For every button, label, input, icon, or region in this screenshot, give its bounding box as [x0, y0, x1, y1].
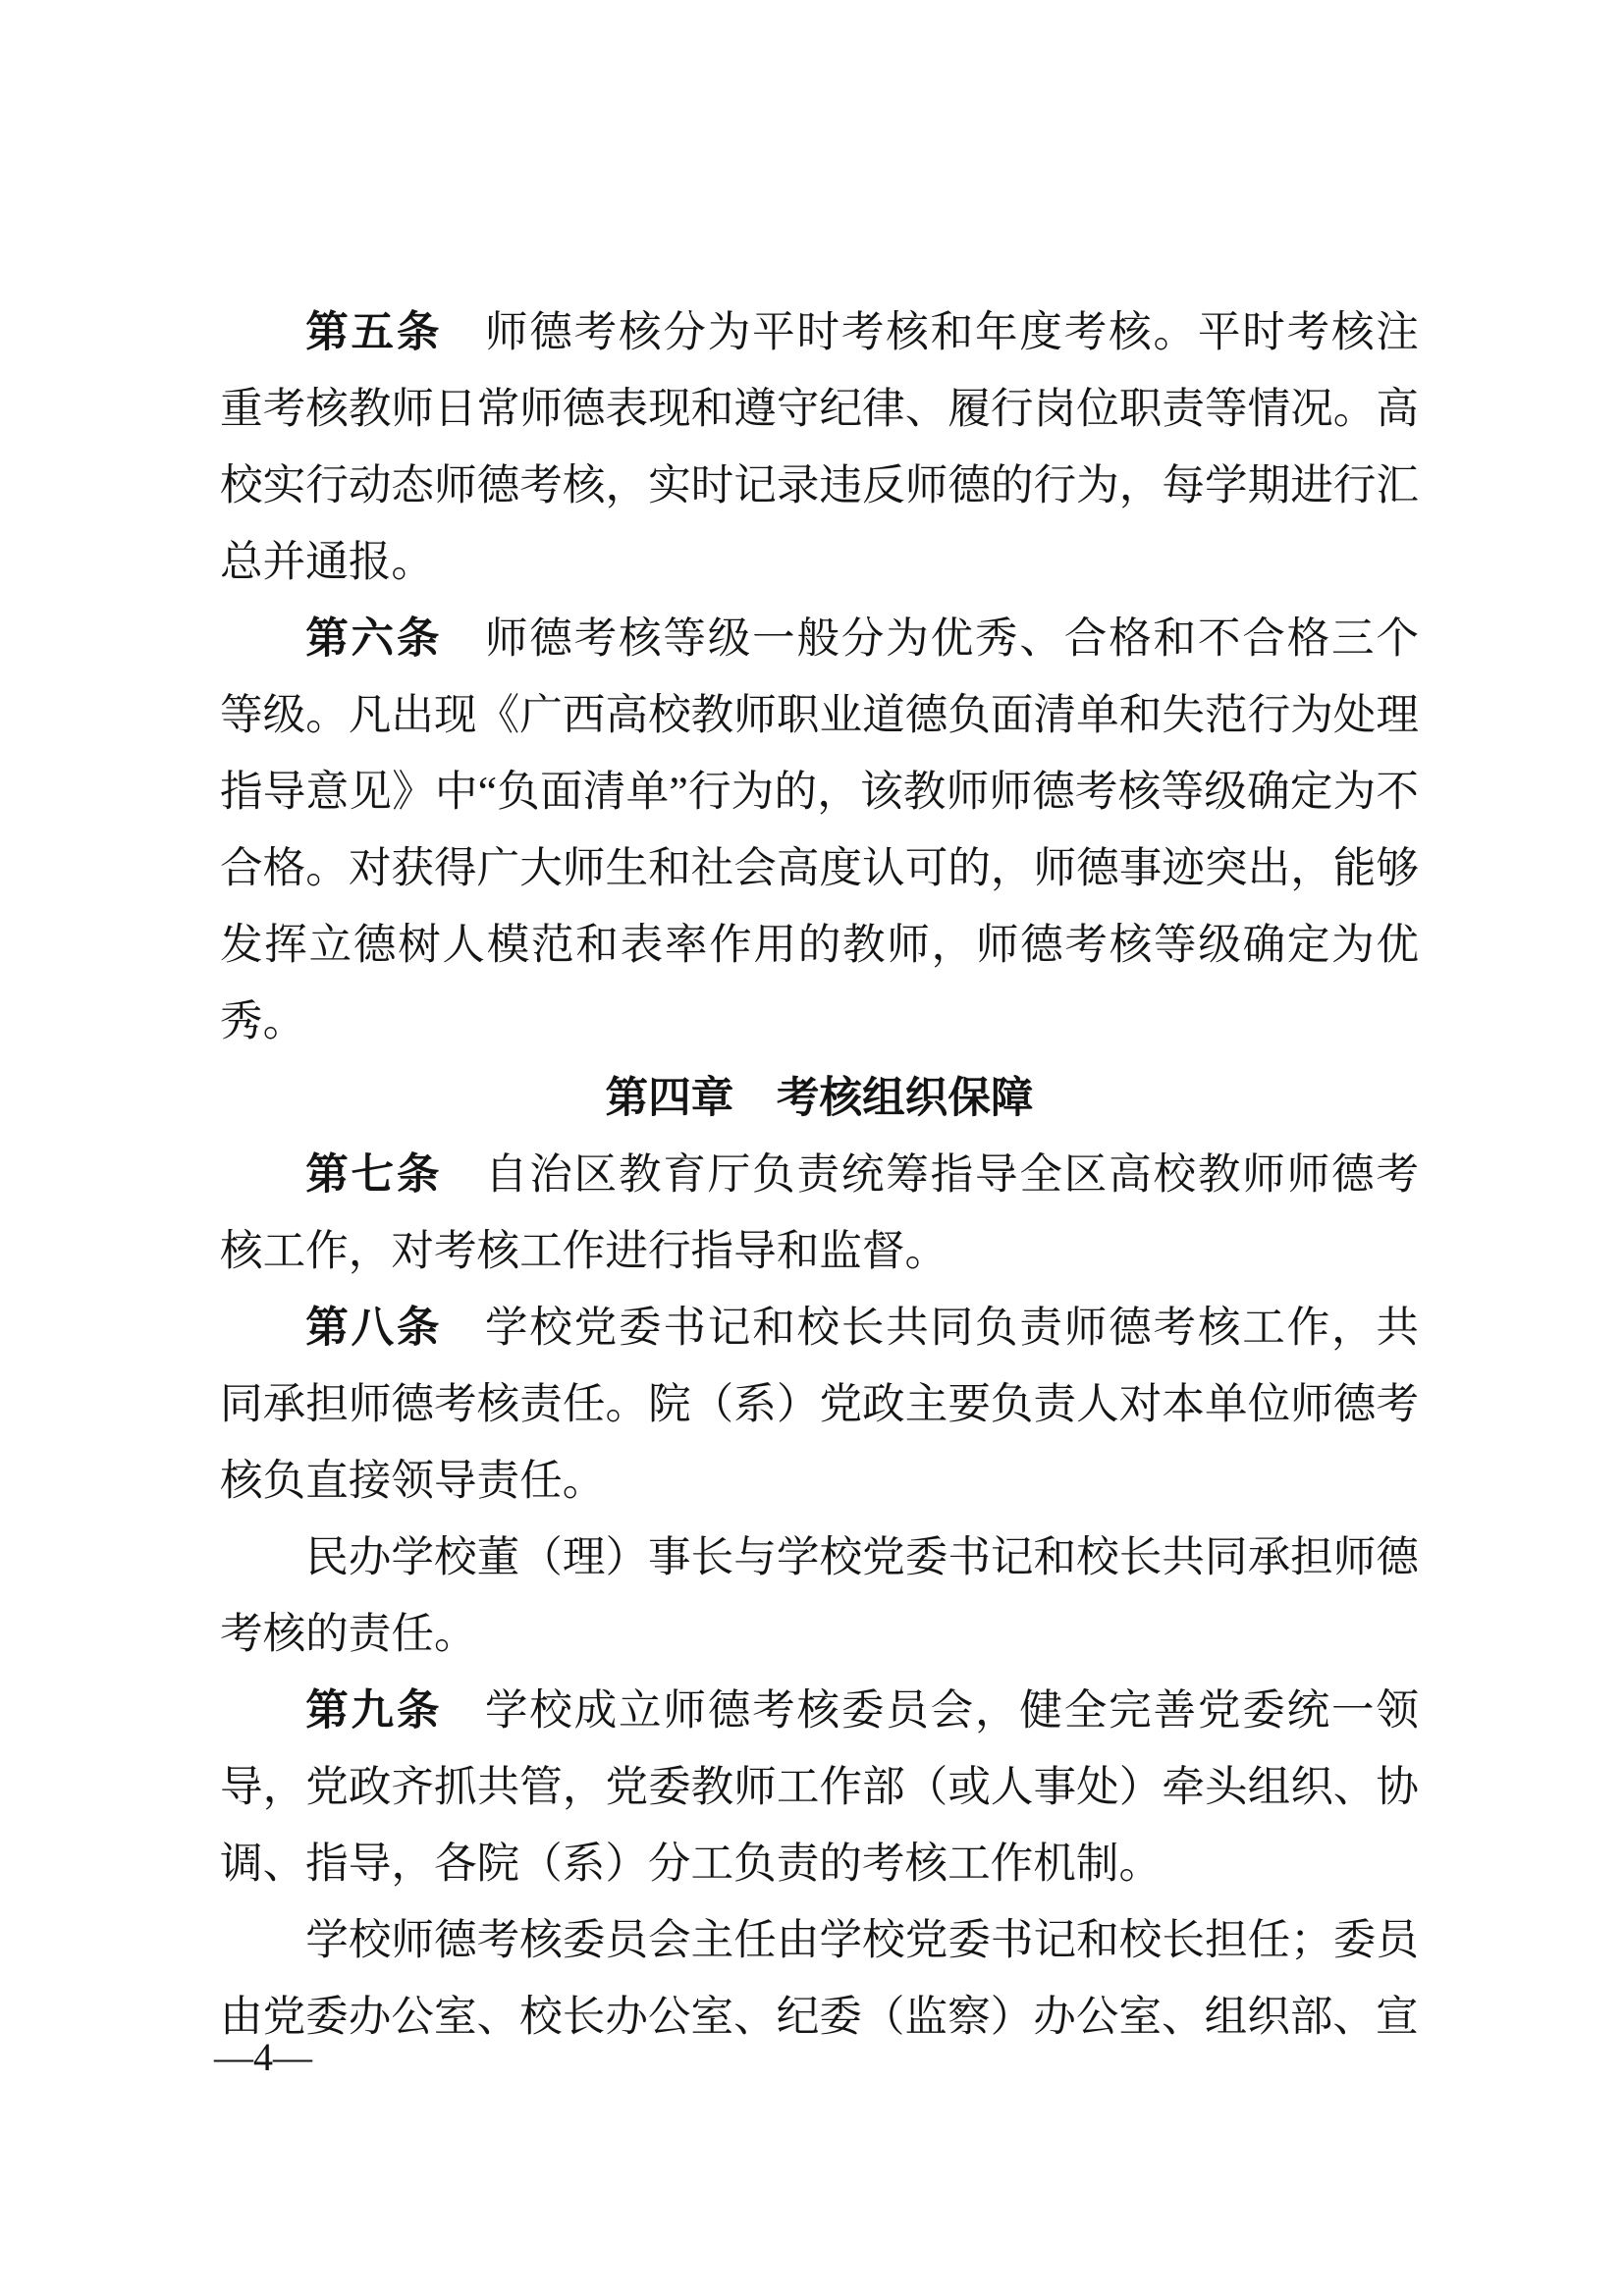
article-8-number: 第八条 — [305, 1305, 442, 1352]
chapter-4-heading: 第四章 考核组织保障 — [220, 1060, 1419, 1137]
article-6-number: 第六条 — [305, 615, 442, 663]
article-6-paragraph: 第六条师德考核等级一般分为优秀、合格和不合格三个等级。凡出现《广西高校教师职业道… — [220, 601, 1419, 1060]
article-9-paragraph: 第九条学校成立师德考核委员会，健全完善党委统一领导，党政齐抓共管，党委教师工作部… — [220, 1673, 1419, 1902]
document-body: 第五条师德考核分为平时考核和年度考核。平时考核注重考核教师日常师德表现和遵守纪律… — [220, 294, 1419, 2056]
article-8-paragraph: 第八条学校党委书记和校长共同负责师德考核工作，共同承担师德考核责任。院（系）党政… — [220, 1290, 1419, 1520]
article-6-text: 师德考核等级一般分为优秀、合格和不合格三个等级。凡出现《广西高校教师职业道德负面… — [220, 615, 1419, 1045]
article-5-paragraph: 第五条师德考核分为平时考核和年度考核。平时考核注重考核教师日常师德表现和遵守纪律… — [220, 294, 1419, 601]
committee-paragraph: 学校师德考核委员会主任由学校党委书记和校长担任；委员由党委办公室、校长办公室、纪… — [220, 1902, 1419, 2056]
article-7-number: 第七条 — [305, 1151, 442, 1199]
article-7-paragraph: 第七条自治区教育厅负责统筹指导全区高校教师师德考核工作，对考核工作进行指导和监督… — [220, 1137, 1419, 1290]
article-9-number: 第九条 — [305, 1687, 442, 1735]
document-page: 第五条师德考核分为平时考核和年度考核。平时考核注重考核教师日常师德表现和遵守纪律… — [0, 0, 1624, 2296]
private-school-paragraph: 民办学校董（理）事长与学校党委书记和校长共同承担师德考核的责任。 — [220, 1520, 1419, 1673]
page-number: —4— — [214, 2034, 312, 2081]
article-5-number: 第五条 — [305, 309, 442, 356]
